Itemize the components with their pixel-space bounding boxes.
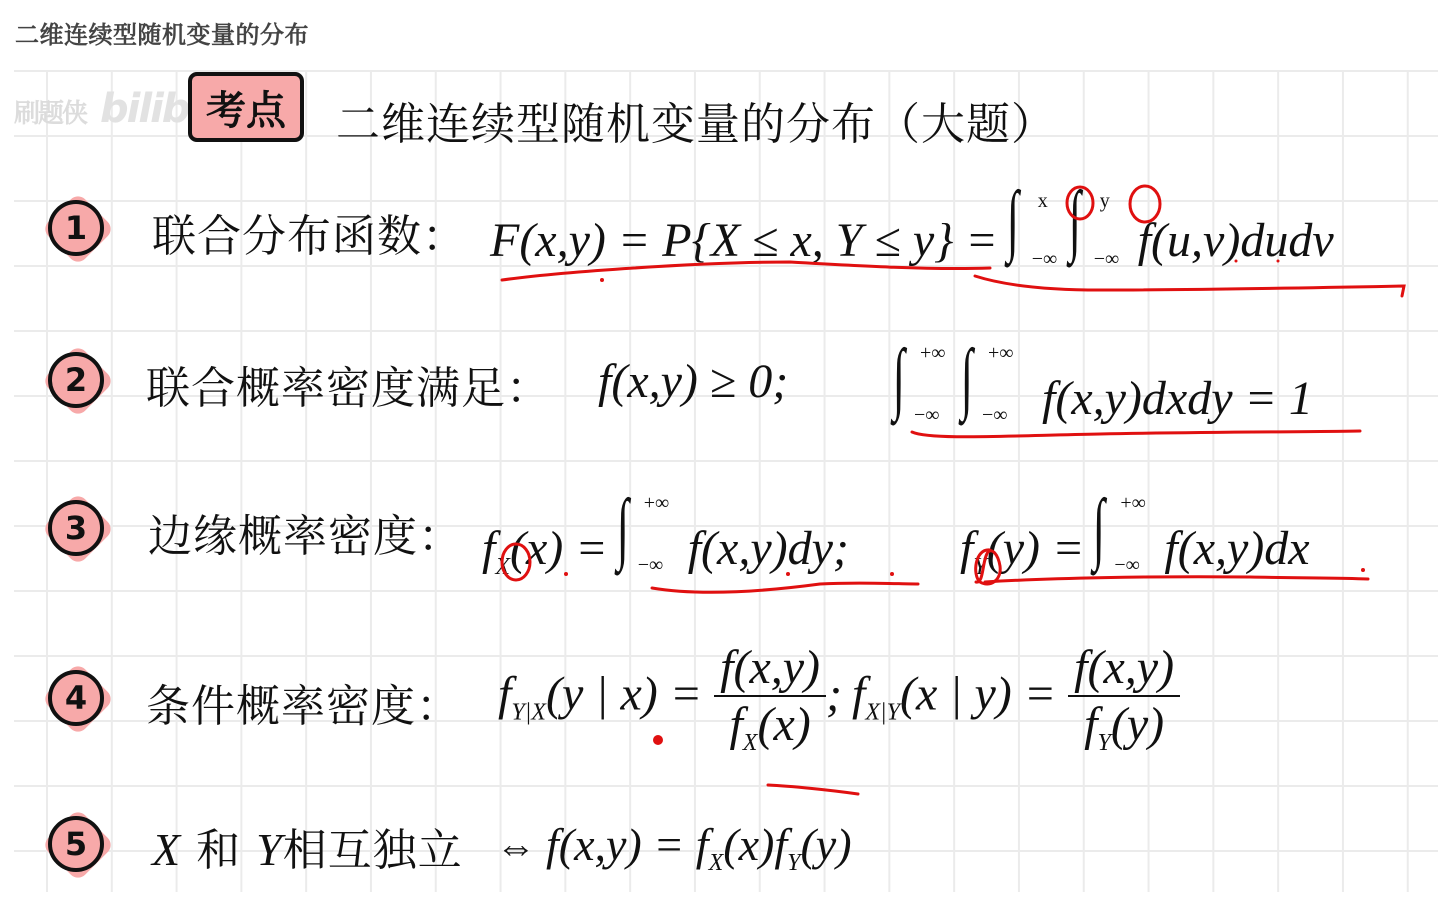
number-digit: 2	[48, 352, 104, 408]
lower-limit: −∞	[638, 554, 664, 577]
item-label-joint-cdf: 联合分布函数：	[152, 200, 467, 264]
number-digit: 1	[48, 200, 104, 256]
item-number-1: 1	[48, 200, 106, 258]
formula-normalization: ∫+∞−∞∫+∞−∞f(x,y)dxdy = 1	[896, 354, 1313, 434]
func-f: f	[696, 819, 709, 870]
lower-limit: −∞	[914, 404, 940, 427]
key-point-badge: 考点	[188, 72, 304, 142]
integral-sign: ∫	[1007, 180, 1019, 260]
subscript: Y	[973, 554, 986, 580]
integral-sign: ∫	[1069, 180, 1081, 260]
item-number-3: 3	[48, 500, 106, 558]
upper-limit: +∞	[988, 342, 1014, 365]
lhs: f(x,y) =	[546, 819, 696, 870]
subscript: Y	[1097, 730, 1110, 756]
integral-y: ∫y−∞	[1072, 196, 1138, 256]
lower-limit: −∞	[1094, 248, 1120, 271]
arg: (y) =	[987, 522, 1097, 575]
item-number-2: 2	[48, 352, 106, 410]
func-f: f	[482, 522, 495, 575]
number-digit: 3	[48, 500, 104, 556]
item-number-5: 5	[48, 816, 106, 874]
integral-y: ∫+∞−∞	[964, 354, 1042, 414]
iff-symbol: ⇔	[496, 824, 536, 869]
fraction-x-given-y: f(x,y)fY(y)	[1068, 640, 1180, 757]
separator: ;	[826, 668, 842, 721]
subscript: Y	[787, 850, 800, 876]
upper-limit: x	[1038, 190, 1048, 213]
upper-limit: +∞	[644, 492, 670, 515]
formula-nonnegative: f(x,y) ≥ 0;	[598, 354, 788, 409]
number-digit: 5	[48, 816, 104, 872]
item-label-conditional-pdf: 条件概率密度：	[146, 670, 461, 734]
var-y: Y	[256, 824, 283, 875]
integral-x: ∫x−∞	[1010, 196, 1072, 256]
arg: (y)	[800, 819, 851, 870]
integral: ∫+∞−∞	[1096, 504, 1164, 564]
subscript: X	[495, 554, 510, 580]
subscript: X	[709, 850, 724, 876]
lower-limit: −∞	[982, 404, 1008, 427]
integral-sign: ∫	[1093, 488, 1105, 568]
subscript: X	[743, 730, 758, 756]
denominator: fX(x)	[714, 695, 826, 757]
formula-joint-cdf: F(x,y) = P{X ≤ x, Y ≤ y} = ∫x−∞∫y−∞f(u,v…	[490, 196, 1334, 276]
upper-limit: y	[1100, 190, 1110, 213]
fraction-y-given-x: f(x,y)fX(x)	[714, 640, 826, 757]
formula-independence: ⇔f(x,y) = fX(x)fY(y)	[496, 818, 852, 877]
func-f: f	[729, 698, 742, 751]
arg: (x)	[757, 698, 810, 751]
integral-x: ∫+∞−∞	[896, 354, 964, 414]
func-f: f	[1084, 698, 1097, 751]
integrand: f(u,v)dudv	[1138, 214, 1334, 267]
integral-sign: ∫	[961, 338, 973, 418]
upper-limit: +∞	[1120, 492, 1146, 515]
var-x: X	[152, 824, 181, 875]
upper-limit: +∞	[920, 342, 946, 365]
arg: (y)	[1111, 698, 1164, 751]
arg: (x) =	[510, 522, 620, 575]
numerator: f(x,y)	[714, 640, 826, 695]
word-independent: 相互独立	[283, 825, 463, 876]
number-digit: 4	[48, 670, 104, 726]
item-label-marginal-pdf: 边缘概率密度：	[148, 500, 463, 564]
integral-sign: ∫	[617, 488, 629, 568]
formula-conditional: fY|X(y | x) = f(x,y)fX(x);fX|Y(x | y) = …	[498, 640, 1180, 757]
formula-marginal-y: fY(y) = ∫+∞−∞f(x,y)dx	[960, 504, 1310, 584]
integral-sign: ∫	[893, 338, 905, 418]
func-f: f	[960, 522, 973, 575]
section-title: 二维连续型随机变量的分布（大题）	[336, 88, 1056, 152]
arg: (x | y) =	[900, 668, 1068, 721]
arg: (y | x) =	[546, 668, 714, 721]
watermark-text: 刷题侠	[14, 99, 86, 129]
arg: (x)	[723, 819, 774, 870]
numerator: f(x,y)	[1068, 640, 1180, 695]
page-title: 二维连续型随机变量的分布	[15, 15, 309, 50]
formula-marginal-x: fX(x) = ∫+∞−∞f(x,y)dy;	[482, 504, 849, 584]
func-f: f	[498, 668, 511, 721]
integrand: f(x,y)dy;	[688, 522, 849, 575]
word-and: 和	[196, 825, 241, 876]
item-label-independence: X 和 Y相互独立	[152, 814, 463, 878]
subscript: X|Y	[865, 700, 900, 726]
integrand: f(x,y)dx	[1164, 522, 1309, 575]
formula-lhs: F(x,y) = P{X ≤ x, Y ≤ y} =	[490, 214, 1010, 267]
subscript: Y|X	[511, 700, 546, 726]
lower-limit: −∞	[1114, 554, 1140, 577]
item-number-4: 4	[48, 670, 106, 728]
integral: ∫+∞−∞	[620, 504, 688, 564]
grid-board	[14, 70, 1438, 892]
integrand: f(x,y)dxdy = 1	[1042, 372, 1313, 425]
func-f: f	[852, 668, 865, 721]
func-f: f	[774, 819, 787, 870]
item-label-joint-pdf: 联合概率密度满足：	[146, 352, 551, 416]
lower-limit: −∞	[1032, 248, 1058, 271]
denominator: fY(y)	[1068, 695, 1180, 757]
